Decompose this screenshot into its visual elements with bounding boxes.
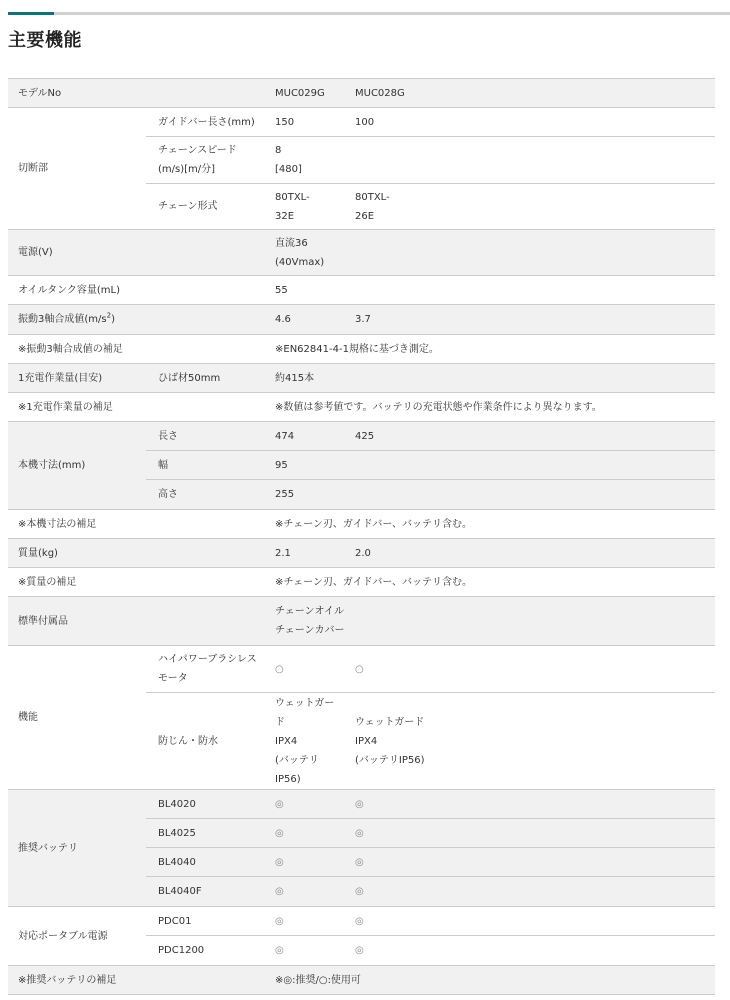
table-row: 電源(V) 直流36(40Vmax) xyxy=(8,230,715,276)
row-label: ※質量の補足 xyxy=(8,568,275,597)
value-1: 150 xyxy=(275,108,355,137)
row-sublabel: ひば材50mm xyxy=(146,364,275,393)
spec-table: モデルNo MUC029G MUC028G 切断部 ガイドバー長さ(mm) 15… xyxy=(8,78,715,995)
section-divider-accent xyxy=(8,12,54,15)
table-row: オイルタンク容量(mL) 55 xyxy=(8,276,715,305)
note-value: ※数値は参考値です。バッテリの充電状態や作業条件により異なります。 xyxy=(275,393,715,422)
value-1: チェーンオイルチェーンカバー xyxy=(275,597,715,646)
double-circle-mark-icon: ◎ xyxy=(275,819,355,848)
value-1: 約415本 xyxy=(275,364,715,393)
double-circle-mark-icon: ◎ xyxy=(355,907,715,936)
row-label: ※本機寸法の補足 xyxy=(8,510,275,539)
table-row: 対応ポータブル電源 PDC01 ◎ ◎ xyxy=(8,907,715,936)
model-2: MUC028G xyxy=(355,79,715,108)
value-1: 55 xyxy=(275,276,715,305)
row-label: ※推奨バッテリの補足 xyxy=(8,966,275,995)
table-row: 質量(kg) 2.1 2.0 xyxy=(8,539,715,568)
value-2: ウェットガード IPX4 (バッテリIP56) xyxy=(355,693,715,790)
table-row-note: ※1充電作業量の補足 ※数値は参考値です。バッテリの充電状態や作業条件により異な… xyxy=(8,393,715,422)
row-label: BL4020 xyxy=(146,790,275,819)
row-label: チェーンスピード(m/s)[m/分] xyxy=(146,137,275,184)
value-1: 474 xyxy=(275,422,355,451)
row-group-label: 本機寸法(mm) xyxy=(8,422,146,510)
row-label: 質量(kg) xyxy=(8,539,275,568)
row-label: 高さ xyxy=(146,480,275,510)
value-2: 425 xyxy=(355,422,715,451)
value-1: ウェットガー ド IPX4 (バッテリ IP56) xyxy=(275,693,355,790)
row-label: チェーン形式 xyxy=(146,184,275,230)
row-label: 振動3軸合成値(m/s2) xyxy=(8,305,275,335)
double-circle-mark-icon: ◎ xyxy=(355,790,715,819)
row-label: 標準付属品 xyxy=(8,597,275,646)
value-1: 95 xyxy=(275,451,715,480)
row-label: オイルタンク容量(mL) xyxy=(8,276,275,305)
row-label: PDC01 xyxy=(146,907,275,936)
circle-mark-icon: ○ xyxy=(275,646,355,693)
value-2: 2.0 xyxy=(355,539,715,568)
row-label: 防じん・防水 xyxy=(146,693,275,790)
table-row: 切断部 ガイドバー長さ(mm) 150 100 xyxy=(8,108,715,137)
table-row-note: ※推奨バッテリの補足 ※◎:推奨/○:使用可 xyxy=(8,966,715,995)
row-label: BL4040F xyxy=(146,877,275,907)
table-row: 1充電作業量(目安) ひば材50mm 約415本 xyxy=(8,364,715,393)
value-1: 255 xyxy=(275,480,715,510)
value-1: 80TXL-32E xyxy=(275,184,355,230)
table-row-note: ※本機寸法の補足 ※チェーン刃、ガイドバー、バッテリ含む。 xyxy=(8,510,715,539)
row-label: 幅 xyxy=(146,451,275,480)
row-group-label: 推奨バッテリ xyxy=(8,790,146,907)
table-row-note: ※質量の補足 ※チェーン刃、ガイドバー、バッテリ含む。 xyxy=(8,568,715,597)
double-circle-mark-icon: ◎ xyxy=(275,936,355,966)
table-row-note: ※振動3軸合成値の補足 ※EN62841-4-1規格に基づき測定。 xyxy=(8,335,715,364)
table-row: 標準付属品 チェーンオイルチェーンカバー xyxy=(8,597,715,646)
value-1: 4.6 xyxy=(275,305,355,335)
row-label: 長さ xyxy=(146,422,275,451)
row-label: ハイパワーブラシレスモータ xyxy=(146,646,275,693)
row-group-label: 機能 xyxy=(8,646,146,790)
double-circle-mark-icon: ◎ xyxy=(355,848,715,877)
table-row-model: モデルNo MUC029G MUC028G xyxy=(8,79,715,108)
model-1: MUC029G xyxy=(275,79,355,108)
row-label: PDC1200 xyxy=(146,936,275,966)
row-label: ※振動3軸合成値の補足 xyxy=(8,335,275,364)
double-circle-mark-icon: ◎ xyxy=(355,936,715,966)
note-value: ※チェーン刃、ガイドバー、バッテリ含む。 xyxy=(275,510,715,539)
value-1: 8[480] xyxy=(275,137,355,184)
row-group-label: 切断部 xyxy=(8,108,146,230)
row-label: 1充電作業量(目安) xyxy=(8,364,146,393)
value-2: 80TXL-26E xyxy=(355,184,715,230)
table-row: 推奨バッテリ BL4020 ◎ ◎ xyxy=(8,790,715,819)
table-row: 機能 ハイパワーブラシレスモータ ○ ○ xyxy=(8,646,715,693)
table-row: 振動3軸合成値(m/s2) 4.6 3.7 xyxy=(8,305,715,335)
row-label: BL4040 xyxy=(146,848,275,877)
row-label: ※1充電作業量の補足 xyxy=(8,393,275,422)
circle-mark-icon: ○ xyxy=(355,646,715,693)
double-circle-mark-icon: ◎ xyxy=(275,907,355,936)
double-circle-mark-icon: ◎ xyxy=(355,877,715,907)
value-1: 直流36(40Vmax) xyxy=(275,230,715,276)
row-label: 電源(V) xyxy=(8,230,275,276)
value-2: 100 xyxy=(355,108,715,137)
page-title: 主要機能 xyxy=(8,26,82,52)
double-circle-mark-icon: ◎ xyxy=(275,790,355,819)
note-value: ※チェーン刃、ガイドバー、バッテリ含む。 xyxy=(275,568,715,597)
double-circle-mark-icon: ◎ xyxy=(275,848,355,877)
note-value: ※EN62841-4-1規格に基づき測定。 xyxy=(275,335,715,364)
note-value: ※◎:推奨/○:使用可 xyxy=(275,966,715,995)
row-label: ガイドバー長さ(mm) xyxy=(146,108,275,137)
section-divider xyxy=(8,12,730,15)
value-1: 2.1 xyxy=(275,539,355,568)
double-circle-mark-icon: ◎ xyxy=(275,877,355,907)
row-label: BL4025 xyxy=(146,819,275,848)
table-row: 本機寸法(mm) 長さ 474 425 xyxy=(8,422,715,451)
value-2 xyxy=(355,137,715,184)
row-label: モデルNo xyxy=(8,79,275,108)
value-2: 3.7 xyxy=(355,305,715,335)
double-circle-mark-icon: ◎ xyxy=(355,819,715,848)
row-group-label: 対応ポータブル電源 xyxy=(8,907,146,966)
